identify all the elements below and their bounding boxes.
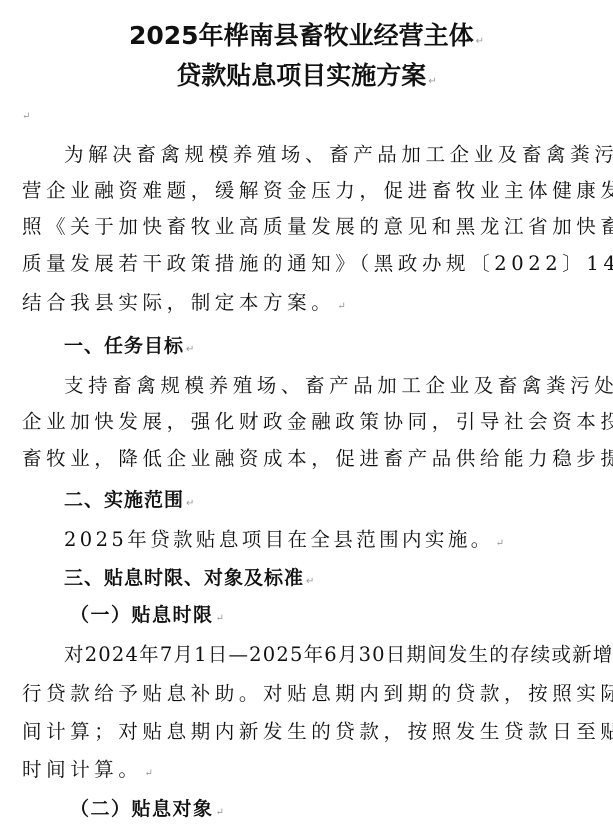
heading-text: 三、贴息时限、对象及标准	[64, 567, 304, 589]
section-text: 2025年贷款贴息项目在全县范围内实施。	[64, 528, 494, 551]
heading-text: 二、实施范围	[64, 489, 184, 511]
section-text: 时间计算。	[22, 758, 143, 781]
intro-line-2: 营企业融资难题，缓解资金压力，促进畜牧业主体健康发展，按	[22, 175, 613, 203]
section-text: 畜牧业，降低企业融资成本，促进畜产品供给能力稳步提升。	[22, 447, 613, 470]
sub1-line-1: 对2024年7月1日—2025年6月30日期间发生的存续或新增银	[64, 639, 613, 667]
paragraph-mark-icon: ↵	[216, 807, 224, 818]
subsection-heading-1: （一）贴息时限↵	[70, 600, 613, 627]
section-heading-1: 一、任务目标↵	[64, 331, 613, 358]
paragraph-mark-icon: ↵	[216, 613, 224, 624]
intro-line-3: 照《关于加快畜牧业高质量发展的意见和黑龙江省加快畜牧业高	[22, 211, 613, 239]
sub1-line-2: 行贷款给予贴息补助。对贴息期内到期的贷款，按照实际付息时	[22, 678, 613, 706]
heading-text: （一）贴息时限	[70, 604, 214, 626]
sub1-line-4: 时间计算。↵	[22, 754, 613, 782]
intro-line-5: 结合我县实际，制定本方案。↵	[22, 287, 613, 315]
section2-line-1: 2025年贷款贴息项目在全县范围内实施。↵	[64, 524, 613, 552]
section-heading-3: 三、贴息时限、对象及标准↵	[64, 563, 613, 590]
section1-line-1: 支持畜禽规模养殖场、畜产品加工企业及畜禽粪污处理运营	[64, 370, 613, 398]
paragraph-mark-icon: ↵	[306, 576, 314, 587]
sub1-line-3: 间计算；对贴息期内新发生的贷款，按照发生贷款日至贴息截至	[22, 716, 613, 744]
intro-line-4: 质量发展若干政策措施的通知》（黑政办规〔2022〕14号）要求，	[22, 248, 613, 276]
paragraph-mark-icon: ↵	[428, 76, 436, 87]
subsection-heading-2: （二）贴息对象↵	[70, 794, 613, 821]
empty-paragraph: ↵	[20, 104, 613, 123]
paragraph-mark-icon: ↵	[186, 344, 194, 355]
intro-text: 结合我县实际，制定本方案。	[22, 291, 335, 314]
paragraph-mark-icon: ↵	[476, 36, 484, 47]
document-title-line-1: 2025年桦南县畜牧业经营主体↵	[0, 16, 613, 52]
paragraph-mark-icon: ↵	[145, 768, 153, 779]
section-heading-2: 二、实施范围↵	[64, 485, 613, 512]
section1-line-3: 畜牧业，降低企业融资成本，促进畜产品供给能力稳步提升。↵	[22, 443, 613, 471]
paragraph-mark-icon: ↵	[22, 111, 30, 122]
paragraph-mark-icon: ↵	[496, 538, 504, 549]
heading-text: 一、任务目标	[64, 335, 184, 357]
document-title-line-2: 贷款贴息项目实施方案↵	[0, 56, 613, 92]
heading-text: （二）贴息对象	[70, 798, 214, 820]
section1-line-2: 企业加快发展，强化财政金融政策协同，引导社会资本投资发展	[22, 406, 613, 434]
intro-line-1: 为解决畜禽规模养殖场、畜产品加工企业及畜禽粪污处理运	[64, 139, 613, 167]
paragraph-mark-icon: ↵	[186, 498, 194, 509]
paragraph-mark-icon: ↵	[337, 301, 345, 312]
title-text: 2025年桦南县畜牧业经营主体	[129, 21, 474, 50]
title-text: 贷款贴息项目实施方案	[176, 61, 426, 90]
